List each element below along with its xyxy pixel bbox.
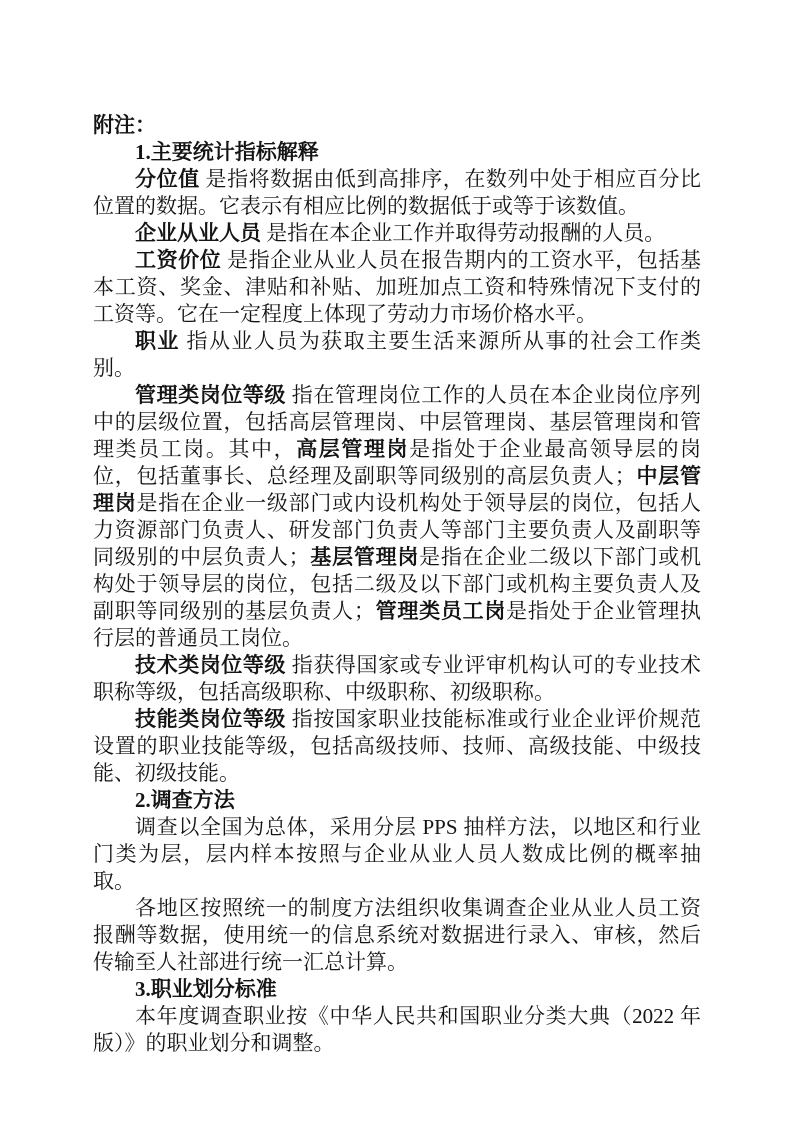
para-skill-grade: 技能类岗位等级 指按国家职业技能标准或行业企业评价规范设置的职业技能等级，包括高…: [93, 706, 701, 787]
section-1-heading-text: 1.主要统计指标解释: [135, 140, 319, 164]
term-senior-management: 高层管理岗: [296, 437, 409, 461]
para-occupation-standard: 本年度调查职业按《中华人民共和国职业分类大典（2022 年版）》的职业划分和调整…: [93, 1003, 701, 1057]
term-skill-grade: 技能类岗位等级: [135, 707, 286, 731]
notes-title-text: 附注：: [93, 113, 156, 137]
term-management-grade: 管理类岗位等级: [135, 383, 286, 407]
notes-title: 附注：: [93, 112, 701, 139]
para-occupation: 职业 指从业人员为获取主要生活来源所从事的社会工作类别。: [93, 328, 701, 382]
section-3-heading-text: 3.职业划分标准: [135, 977, 277, 1001]
para-survey-method-2: 各地区按照统一的制度方法组织收集调查企业从业人员工资报酬等数据，使用统一的信息系…: [93, 895, 701, 976]
term-base-management: 基层管理岗: [310, 545, 419, 569]
para-employees: 企业从业人员 是指在本企业工作并取得劳动报酬的人员。: [93, 220, 701, 247]
section-2-heading: 2.调查方法: [93, 787, 701, 814]
section-3-heading: 3.职业划分标准: [93, 976, 701, 1003]
term-quantile: 分位值: [135, 167, 200, 191]
notes-content: 附注： 1.主要统计指标解释 分位值 是指将数据由低到高排序，在数列中处于相应百…: [93, 112, 701, 1057]
definition-employees: 是指在本企业工作并取得劳动报酬的人员。: [261, 221, 665, 245]
section-2-heading-text: 2.调查方法: [135, 788, 235, 812]
term-management-staff: 管理类员工岗: [375, 599, 506, 623]
document-page: 附注： 1.主要统计指标解释 分位值 是指将数据由低到高排序，在数列中处于相应百…: [0, 0, 793, 1122]
para-wage-level: 工资价位 是指企业从业人员在报告期内的工资水平，包括基本工资、奖金、津贴和补贴、…: [93, 247, 701, 328]
term-employees: 企业从业人员: [135, 221, 261, 245]
para-quantile: 分位值 是指将数据由低到高排序，在数列中处于相应百分比位置的数据。它表示有相应比…: [93, 166, 701, 220]
para-technical-grade: 技术类岗位等级 指获得国家或专业评审机构认可的专业技术职称等级，包括高级职称、中…: [93, 652, 701, 706]
term-occupation: 职业: [135, 329, 180, 353]
definition-occupation: 指从业人员为获取主要生活来源所从事的社会工作类别。: [93, 329, 701, 380]
term-technical-grade: 技术类岗位等级: [135, 653, 286, 677]
section-1-heading: 1.主要统计指标解释: [93, 139, 701, 166]
term-wage-level: 工资价位: [135, 248, 221, 272]
para-management-grade: 管理类岗位等级 指在管理岗位工作的人员在本企业岗位序列中的层级位置，包括高层管理…: [93, 382, 701, 652]
para-survey-method-1: 调查以全国为总体，采用分层 PPS 抽样方法，以地区和行业门类为层，层内样本按照…: [93, 814, 701, 895]
